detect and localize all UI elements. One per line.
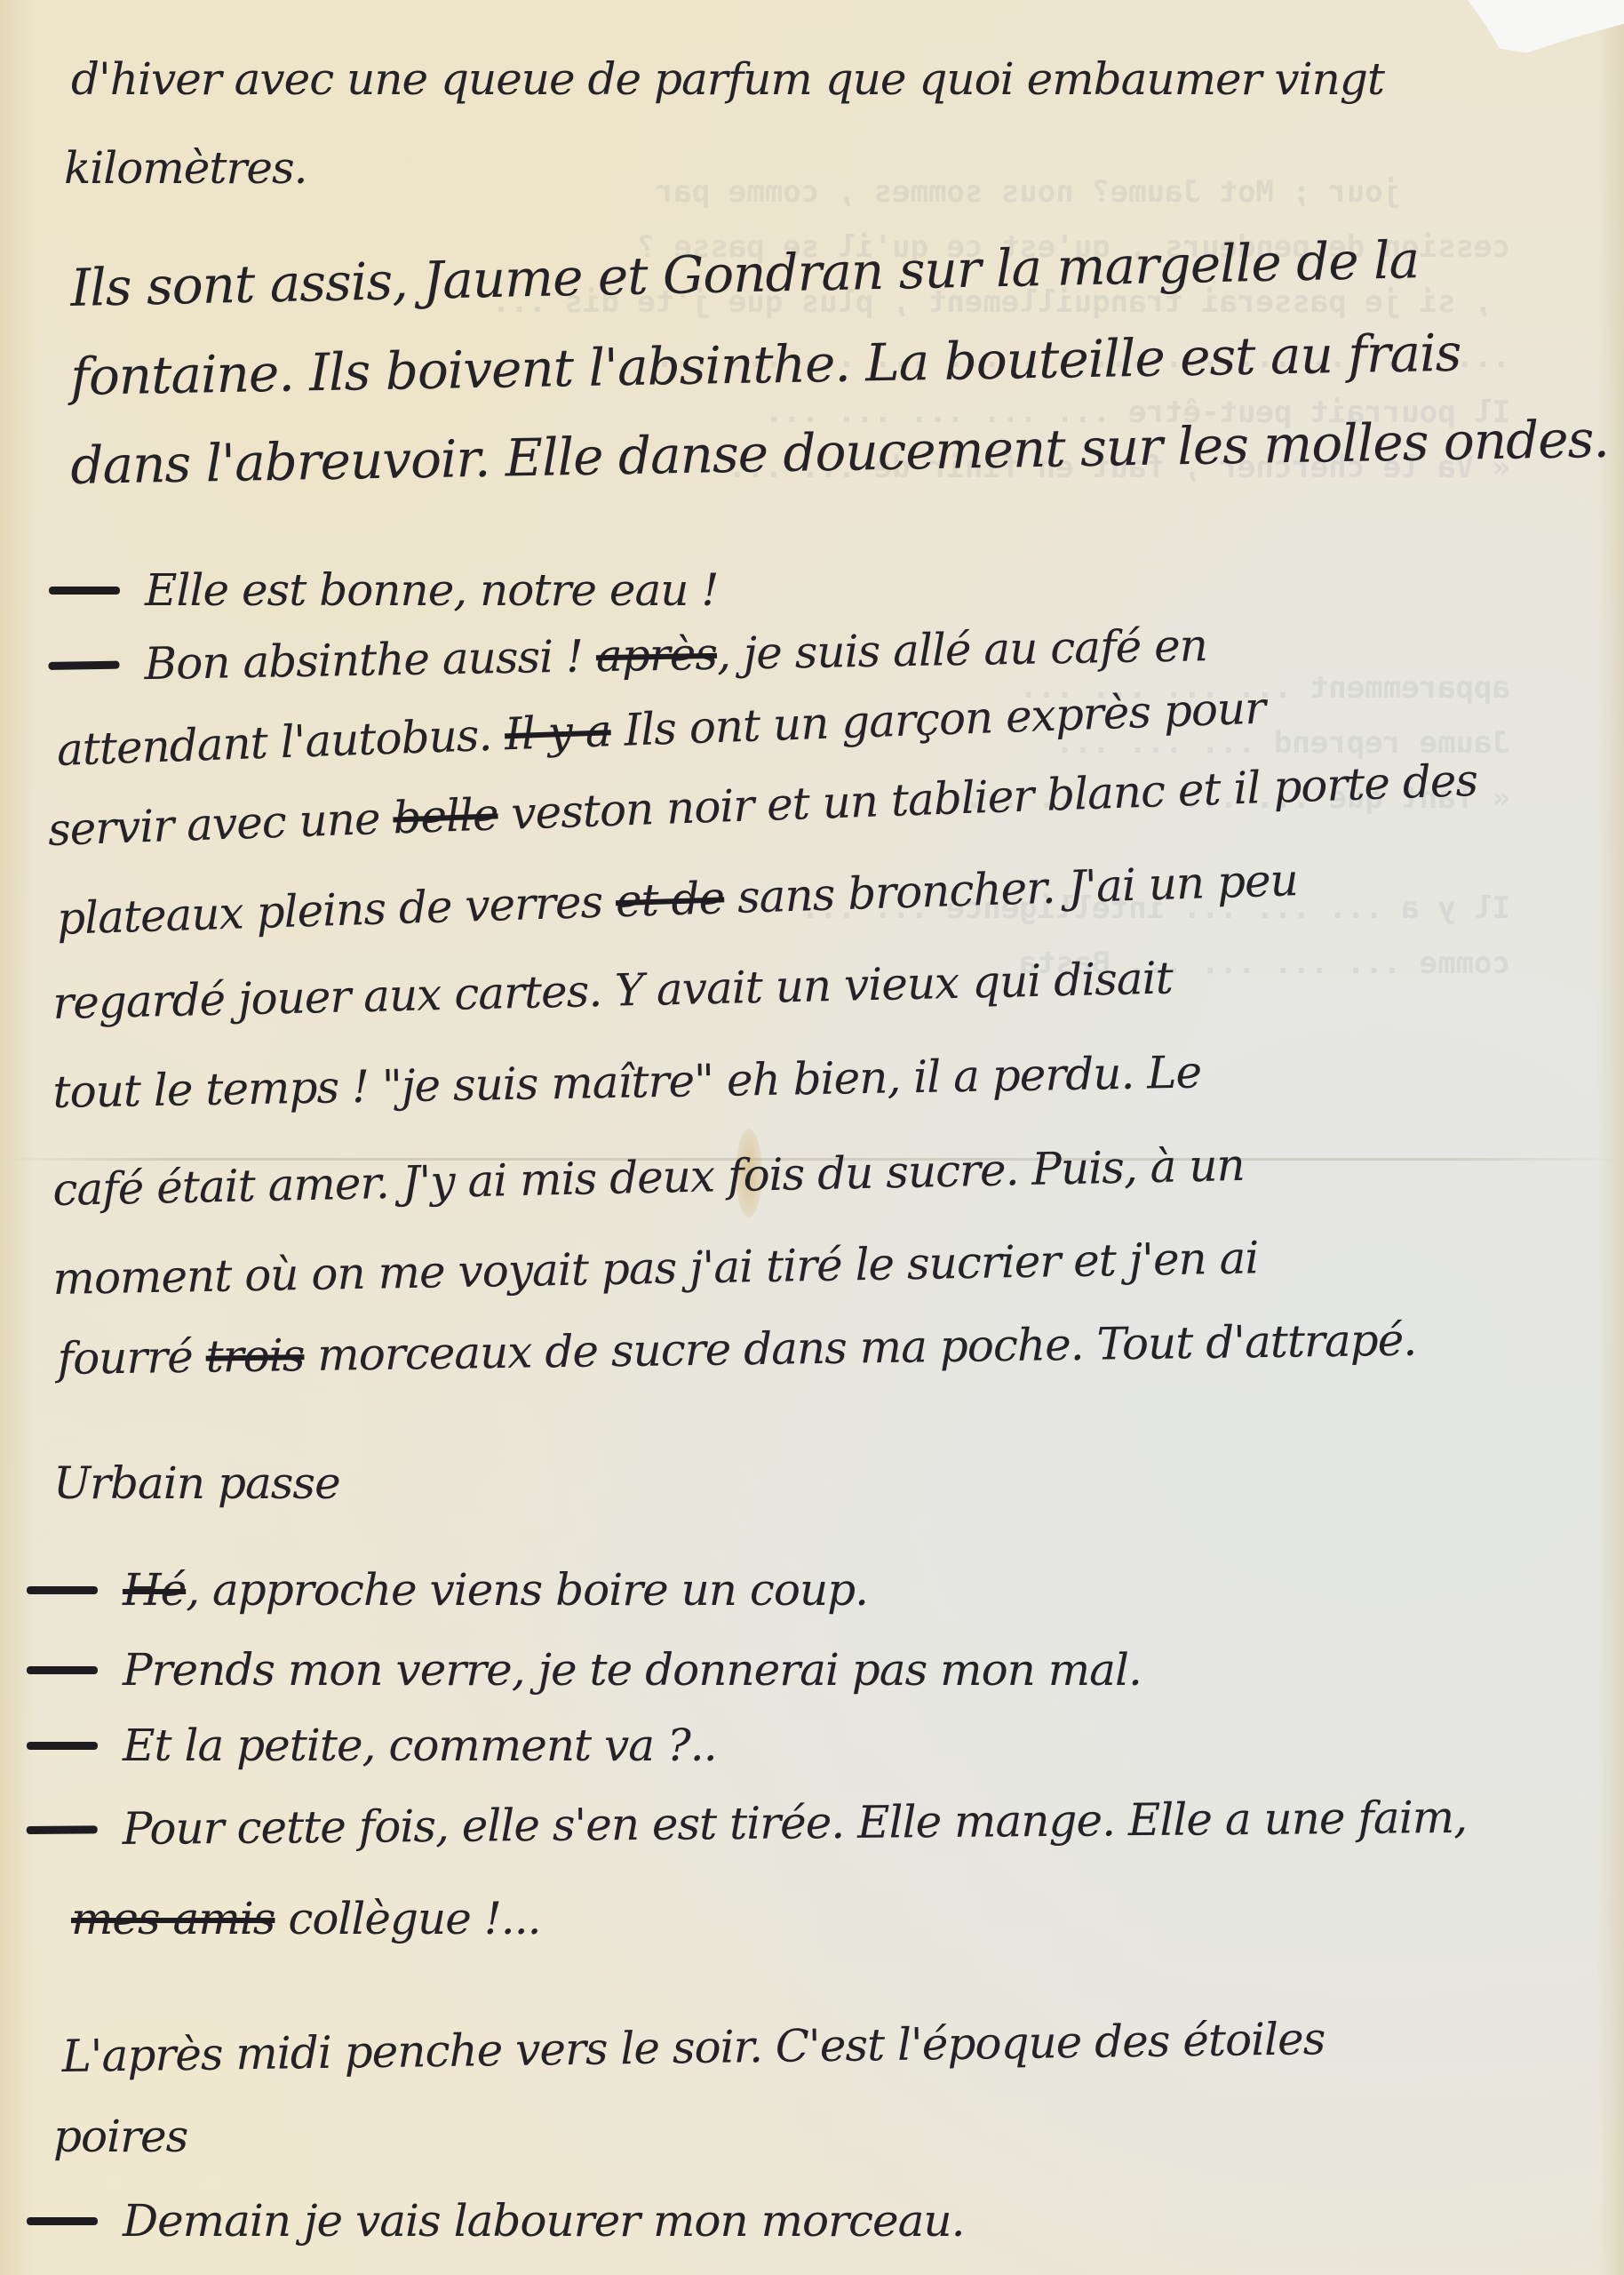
struck-out-text: mes amis: [71, 1893, 275, 1944]
manuscript-line: dans l'abreuvoir. Elle danse doucement s…: [70, 409, 1610, 496]
line-text: , je suis allé au café en: [716, 619, 1207, 680]
manuscript-page: jour ; Mot Jaume? nous sommes , comme pa…: [0, 0, 1624, 2275]
line-text: sans broncher. J'ai un peu: [723, 854, 1298, 923]
manuscript-line: attendant l'autobus. Il y a Ils ont un g…: [56, 682, 1266, 776]
line-text: fontaine. Ils boivent l'absinthe. La bou…: [70, 323, 1461, 407]
line-text: L'après midi penche vers le soir. C'est …: [61, 2013, 1325, 2082]
line-text: morceaux de sucre dans ma poche. Tout d'…: [304, 1314, 1417, 1381]
line-text: poires: [53, 2111, 187, 2162]
struck-out-text: après: [595, 628, 717, 682]
line-text: kilomètres.: [64, 142, 307, 194]
dialogue-dash: [27, 1586, 98, 1594]
line-text: Et la petite, comment va ?..: [123, 1720, 717, 1771]
line-text: tout le temps ! "je suis maître" eh bien…: [52, 1046, 1202, 1118]
line-text: veston noir et un tablier blanc et il po…: [497, 754, 1477, 840]
manuscript-line: café était amer. J'y ai mis deux fois du…: [52, 1139, 1245, 1216]
struck-out-text: Il y a: [504, 705, 612, 760]
line-text: Pour cette fois, elle s'en est tirée. El…: [122, 1792, 1467, 1855]
struck-out-text: Hé: [123, 1564, 186, 1616]
dialogue-dash: [27, 1825, 98, 1834]
manuscript-line: fourré trois morceaux de sucre dans ma p…: [57, 1314, 1416, 1385]
line-text: plateaux pleins de verres: [56, 875, 617, 945]
dialogue-dash: [48, 660, 119, 669]
struck-out-text: trois: [205, 1329, 305, 1383]
dialogue-dash: [49, 587, 120, 595]
manuscript-line: regardé jouer aux cartes. Y avait un vie…: [52, 952, 1174, 1029]
line-text: regardé jouer aux cartes. Y avait un vie…: [52, 952, 1174, 1029]
line-text: moment où on me voyait pas j'ai tiré le …: [52, 1232, 1259, 1305]
struck-out-text: belle: [392, 788, 498, 843]
manuscript-line: Prends mon verre, je te donnerai pas mon…: [27, 1644, 1142, 1696]
manuscript-line: L'après midi penche vers le soir. C'est …: [61, 2013, 1325, 2082]
line-text: Prends mon verre, je te donnerai pas mon…: [123, 1644, 1142, 1696]
manuscript-line: Hé, approche viens boire un coup.: [27, 1564, 868, 1616]
manuscript-line: Urbain passe: [53, 1457, 340, 1509]
struck-out-text: et de: [615, 872, 725, 927]
manuscript-line: Elle est bonne, notre eau !: [49, 564, 718, 616]
manuscript-line: plateaux pleins de verres et de sans bro…: [56, 854, 1298, 945]
manuscript-line: Et la petite, comment va ?..: [27, 1720, 717, 1771]
line-text: Urbain passe: [53, 1457, 340, 1509]
dialogue-dash: [27, 1666, 98, 1674]
manuscript-line: tout le temps ! "je suis maître" eh bien…: [52, 1046, 1202, 1118]
line-text: , approche viens boire un coup.: [186, 1564, 868, 1616]
manuscript-line: servir avec une belle veston noir et un …: [47, 754, 1478, 856]
manuscript-line: Demain je vais labourer mon morceau.: [27, 2195, 965, 2247]
line-text: Demain je vais labourer mon morceau.: [123, 2195, 965, 2247]
manuscript-line: mes amis collègue !...: [71, 1893, 540, 1944]
line-text: collègue !...: [275, 1893, 540, 1944]
manuscript-line: d'hiver avec une queue de parfum que quo…: [71, 53, 1384, 105]
line-text: dans l'abreuvoir. Elle danse doucement s…: [70, 409, 1610, 496]
manuscript-line: Ils sont assis, Jaume et Gondran sur la …: [70, 229, 1420, 318]
manuscript-line: Pour cette fois, elle s'en est tirée. El…: [26, 1792, 1467, 1856]
manuscript-line: Bon absinthe aussi ! après, je suis allé…: [48, 619, 1207, 691]
line-text: servir avec une: [47, 792, 394, 856]
handwritten-text: d'hiver avec une queue de parfum que quo…: [0, 0, 1624, 2275]
line-text: d'hiver avec une queue de parfum que quo…: [71, 53, 1384, 105]
line-text: Elle est bonne, notre eau !: [145, 564, 718, 616]
line-text: attendant l'autobus.: [56, 708, 506, 776]
line-text: café était amer. J'y ai mis deux fois du…: [52, 1139, 1245, 1216]
line-text: Bon absinthe aussi !: [144, 630, 597, 690]
dialogue-dash: [27, 1742, 98, 1750]
line-text: fourré: [57, 1331, 206, 1385]
manuscript-line: poires: [53, 2111, 187, 2162]
manuscript-line: kilomètres.: [64, 142, 307, 194]
line-text: Ils ont un garçon exprès pour: [610, 682, 1266, 757]
line-text: Ils sont assis, Jaume et Gondran sur la …: [70, 229, 1420, 318]
dialogue-dash: [27, 2217, 98, 2225]
manuscript-line: fontaine. Ils boivent l'absinthe. La bou…: [70, 323, 1461, 407]
manuscript-line: moment où on me voyait pas j'ai tiré le …: [52, 1232, 1259, 1305]
